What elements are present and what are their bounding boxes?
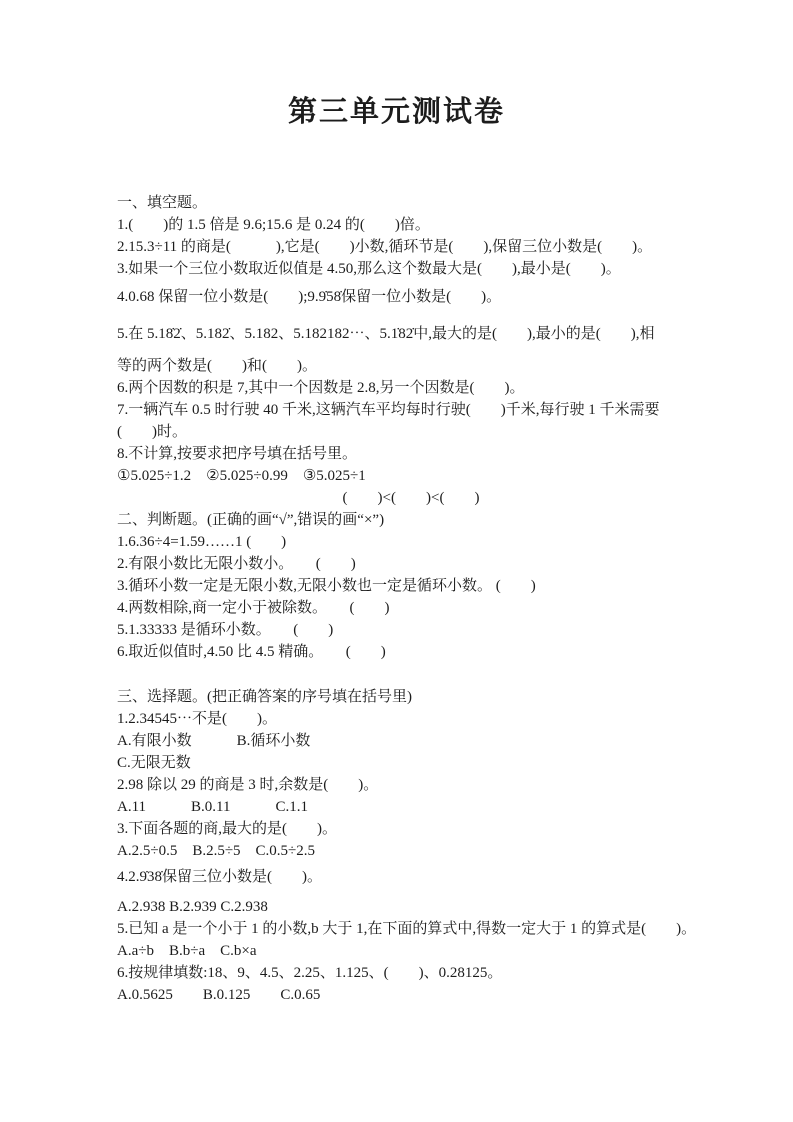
section-fill-heading: 一、填空题。 xyxy=(117,192,705,214)
paper-content: 一、填空题。 1.( )的 1.5 倍是 9.6;15.6 是 0.24 的( … xyxy=(117,192,705,1006)
choice-q5-options: A.a÷b B.b÷a C.b×a xyxy=(117,940,705,962)
judge-q1: 1.6.36÷4=1.59……1 ( ) xyxy=(117,531,705,553)
fill-q6: 6.两个因数的积是 7,其中一个因数是 2.8,另一个因数是( )。 xyxy=(117,377,705,399)
judge-q2: 2.有限小数比无限小数小。 ( ) xyxy=(117,553,705,575)
test-paper-page: 第三单元测试卷 一、填空题。 1.( )的 1.5 倍是 9.6;15.6 是 … xyxy=(0,0,793,1122)
choice-q1: 1.2.34545⋯不是( )。 xyxy=(117,708,705,730)
judge-q5: 5.1.33333 是循环小数。 ( ) xyxy=(117,619,705,641)
choice-q2: 2.98 除以 29 的商是 3 时,余数是( )。 xyxy=(117,774,705,796)
fill-q8-expressions: ①5.025÷1.2 ②5.025÷0.99 ③5.025÷1 xyxy=(117,465,705,487)
choice-q1-options-ab: A.有限小数 B.循环小数 xyxy=(117,730,705,752)
choice-q3-options: A.2.5÷0.5 B.2.5÷5 C.0.5÷2.5 xyxy=(117,840,705,862)
choice-q4-options: A.2.938 B.2.939 C.2.938 xyxy=(117,896,705,918)
section-choice-heading: 三、选择题。(把正确答案的序号填在括号里) xyxy=(117,686,705,708)
fill-q1: 1.( )的 1.5 倍是 9.6;15.6 是 0.24 的( )倍。 xyxy=(117,214,705,236)
fill-q4: 4.0.68 保留一位小数是( );9.9̇58̇保留一位小数是( )。 xyxy=(117,286,705,308)
section-judge-heading: 二、判断题。(正确的画“√”,错误的画“×”) xyxy=(117,509,705,531)
choice-q1-option-c: C.无限无数 xyxy=(117,752,705,774)
fill-q8-answer-blanks: ( )<( )<( ) xyxy=(117,487,705,509)
choice-q6: 6.按规律填数:18、9、4.5、2.25、1.125、( )、0.28125。 xyxy=(117,962,705,984)
fill-q2: 2.15.3÷11 的商是( ),它是( )小数,循环节是( ),保留三位小数是… xyxy=(117,236,705,258)
choice-q5: 5.已知 a 是一个小于 1 的小数,b 大于 1,在下面的算式中,得数一定大于… xyxy=(117,918,705,940)
choice-q4: 4.2.9̇38̇保留三位小数是( )。 xyxy=(117,866,705,888)
fill-q7-line1: 7.一辆汽车 0.5 时行驶 40 千米,这辆汽车平均每时行驶( )千米,每行驶… xyxy=(117,399,705,421)
fill-q5-line2: 等的两个数是( )和( )。 xyxy=(117,355,705,377)
fill-q3: 3.如果一个三位小数取近似值是 4.50,那么这个数最大是( ),最小是( )。 xyxy=(117,258,705,280)
fill-q8: 8.不计算,按要求把序号填在括号里。 xyxy=(117,443,705,465)
judge-q6: 6.取近似值时,4.50 比 4.5 精确。 ( ) xyxy=(117,641,705,663)
judge-q3: 3.循环小数一定是无限小数,无限小数也一定是循环小数。 ( ) xyxy=(117,575,705,597)
judge-q4: 4.两数相除,商一定小于被除数。 ( ) xyxy=(117,597,705,619)
fill-q5-line1: 5.在 5.18̇2̇、5.182̇、5.182、5.182182⋯、5.1̇8… xyxy=(117,323,705,345)
choice-q6-options: A.0.5625 B.0.125 C.0.65 xyxy=(117,984,705,1006)
fill-q7-line2: ( )时。 xyxy=(117,421,705,443)
choice-q3: 3.下面各题的商,最大的是( )。 xyxy=(117,818,705,840)
page-title: 第三单元测试卷 xyxy=(0,0,793,130)
choice-q2-options: A.11 B.0.11 C.1.1 xyxy=(117,796,705,818)
